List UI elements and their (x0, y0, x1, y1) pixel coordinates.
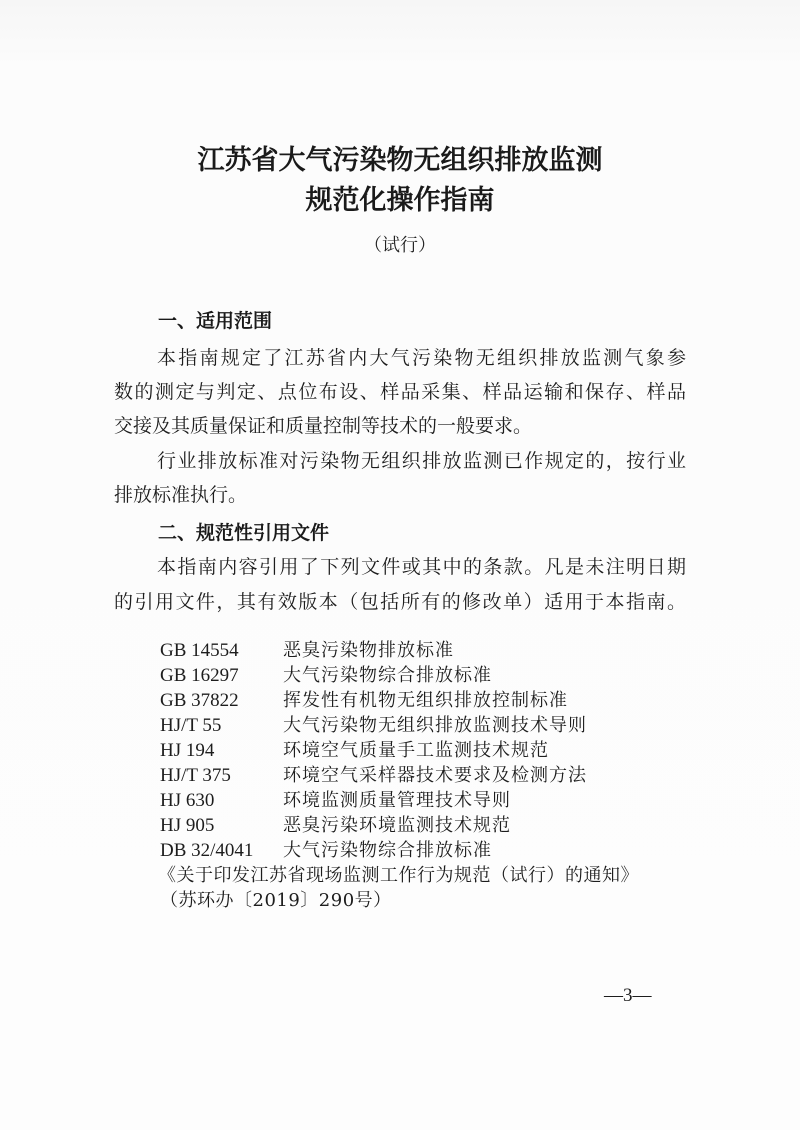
reference-item: GB 16297大气污染物综合排放标准 (160, 661, 492, 687)
document-title-line-2: 规范化操作指南 (0, 178, 800, 217)
document-subtitle: （试行） (0, 231, 800, 257)
reference-code: HJ 194 (160, 740, 283, 762)
reference-item: HJ 905恶臭污染环境监测技术规范 (160, 811, 511, 837)
reference-name: 挥发性有机物无组织排放控制标准 (283, 690, 568, 711)
reference-code: HJ 905 (160, 815, 283, 837)
reference-item: GB 37822挥发性有机物无组织排放控制标准 (160, 686, 568, 712)
paragraph-line: 本指南内容引用了下列文件或其中的条款。凡是未注明日期 (157, 555, 686, 579)
notice-reference-line-2: （苏环办〔2019〕290号） (160, 886, 392, 912)
paragraph-line: 交接及其质量保证和质量控制等技术的一般要求。 (114, 414, 686, 438)
reference-item: HJ 630环境监测质量管理技术导则 (160, 786, 511, 812)
section-heading-scope: 一、适用范围 (158, 306, 272, 333)
reference-name: 大气污染物无组织排放监测技术导则 (283, 715, 587, 736)
reference-code: GB 16297 (160, 665, 283, 687)
reference-code: HJ/T 375 (160, 765, 283, 787)
paragraph-line: 排放标准执行。 (114, 483, 686, 507)
page-number: —3— (604, 985, 652, 1007)
paragraph-line: 本指南规定了江苏省内大气污染物无组织排放监测气象参 (157, 346, 686, 370)
reference-item: GB 14554恶臭污染物排放标准 (160, 636, 454, 662)
reference-code: GB 14554 (160, 640, 283, 662)
document-title-line-1: 江苏省大气污染物无组织排放监测 (0, 138, 800, 177)
reference-name: 恶臭污染环境监测技术规范 (283, 815, 511, 836)
reference-name: 环境空气质量手工监测技术规范 (283, 740, 549, 761)
reference-name: 大气污染物综合排放标准 (283, 665, 492, 686)
reference-code: DB 32/4041 (160, 840, 283, 862)
reference-name: 恶臭污染物排放标准 (283, 640, 454, 661)
paragraph-line: 行业排放标准对污染物无组织排放监测已作规定的，按行业 (157, 449, 686, 473)
reference-code: GB 37822 (160, 690, 283, 712)
document-page: 江苏省大气污染物无组织排放监测 规范化操作指南 （试行） 一、适用范围 本指南规… (0, 0, 800, 1130)
reference-item: HJ/T 375环境空气采样器技术要求及检测方法 (160, 761, 587, 787)
reference-name: 大气污染物综合排放标准 (283, 840, 492, 861)
reference-item: HJ 194环境空气质量手工监测技术规范 (160, 736, 549, 762)
reference-item: HJ/T 55大气污染物无组织排放监测技术导则 (160, 711, 587, 737)
reference-name: 环境监测质量管理技术导则 (283, 790, 511, 811)
section-heading-references: 二、规范性引用文件 (158, 518, 329, 545)
notice-reference-line-1: 《关于印发江苏省现场监测工作行为规范（试行）的通知》 (158, 861, 639, 887)
paragraph-line: 的引用文件，其有效版本（包括所有的修改单）适用于本指南。 (114, 590, 686, 614)
reference-item: DB 32/4041大气污染物综合排放标准 (160, 836, 492, 862)
paragraph-line: 数的测定与判定、点位布设、样品采集、样品运输和保存、样品 (114, 380, 686, 404)
reference-code: HJ/T 55 (160, 715, 283, 737)
reference-name: 环境空气采样器技术要求及检测方法 (283, 765, 587, 786)
reference-code: HJ 630 (160, 790, 283, 812)
